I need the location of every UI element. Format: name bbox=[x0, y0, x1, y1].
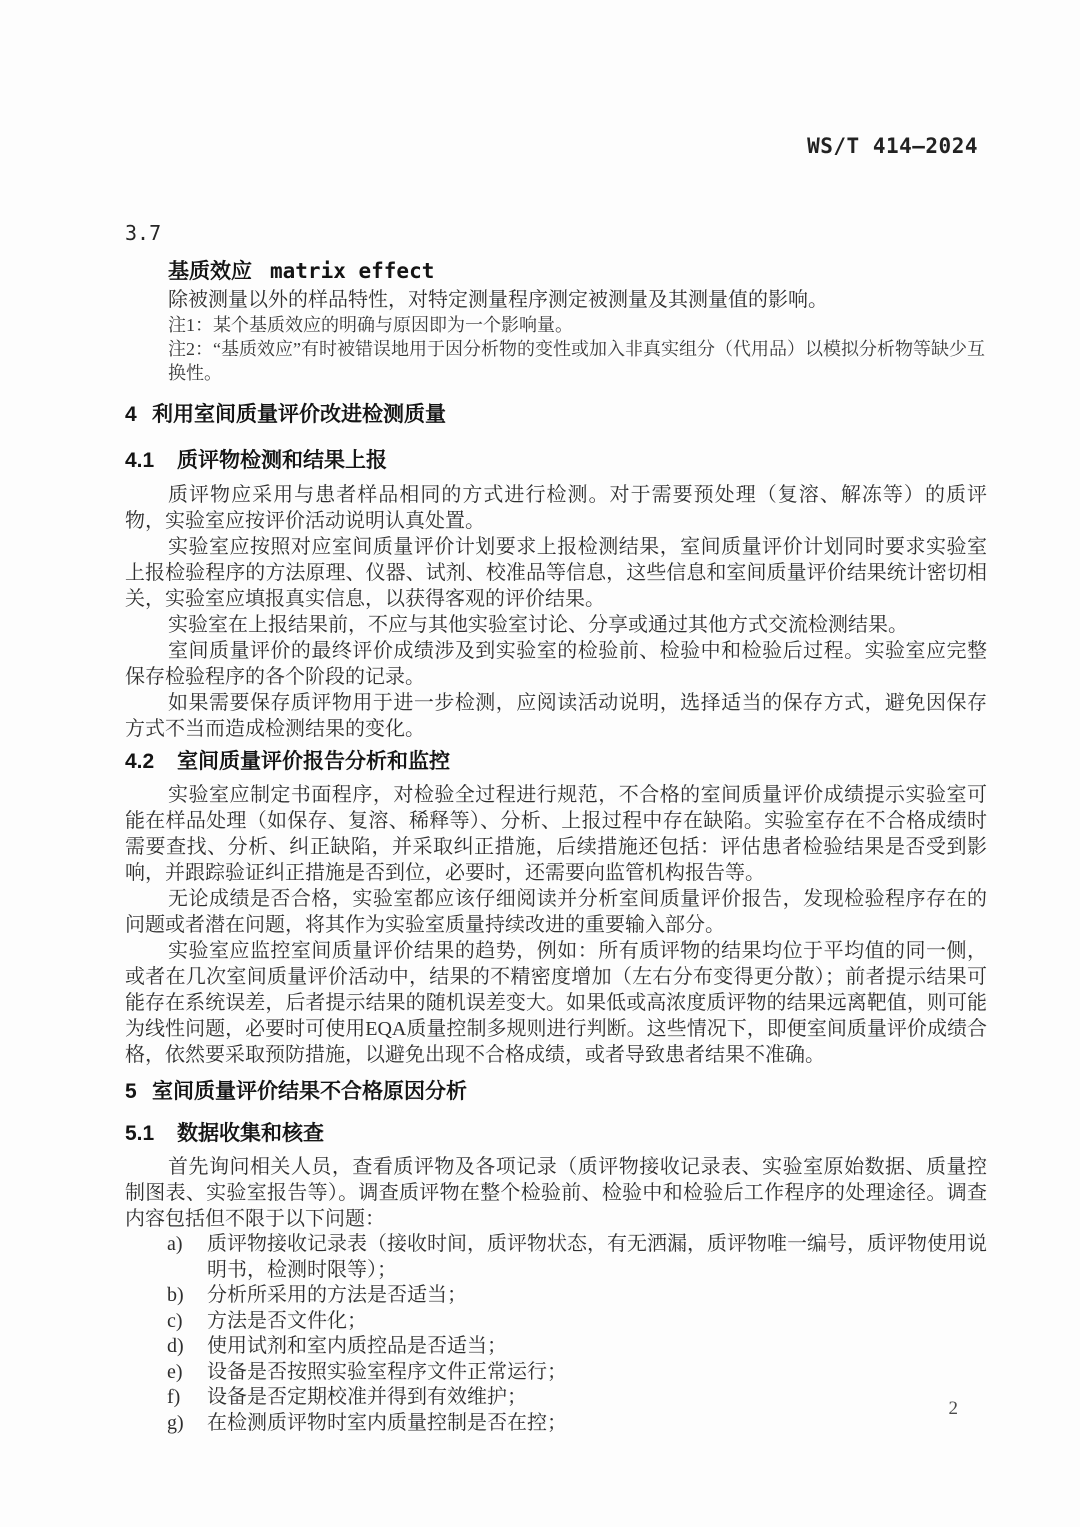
list-item-text: 分析所采用的方法是否适当； bbox=[207, 1284, 467, 1306]
list-item-text: 在检测质评物时室内质量控制是否在控； bbox=[207, 1412, 567, 1434]
section-5-title: 室间质量评价结果不合格原因分析 bbox=[152, 1080, 467, 1103]
list-item: a)质评物接收记录表（接收时间，质评物状态，有无洒漏，质评物唯一编号，质评物使用… bbox=[125, 1232, 987, 1283]
term-title-english: matrix effect bbox=[270, 259, 434, 283]
section-4-1-title: 质评物检测和结果上报 bbox=[177, 449, 387, 472]
paragraph: 实验室应按照对应室间质量评价计划要求上报检测结果，室间质量评价计划同时要求实验室… bbox=[125, 534, 987, 612]
standard-code-header: WS/T 414—2024 bbox=[807, 134, 978, 158]
list-item-label: d) bbox=[167, 1334, 184, 1360]
list-item-text: 设备是否按照实验室程序文件正常运行； bbox=[207, 1361, 567, 1383]
standard-document-page: WS/T 414—2024 3.7 基质效应matrix effect 除被测量… bbox=[0, 0, 1080, 1527]
standard-code: WS/T 414—2024 bbox=[807, 134, 978, 158]
document-content: 3.7 基质效应matrix effect 除被测量以外的样品特性，对特定测量程… bbox=[125, 220, 987, 1436]
list-item-text: 设备是否定期校准并得到有效维护； bbox=[207, 1386, 527, 1408]
section-4-1-number: 4.1 bbox=[125, 447, 177, 475]
list-item-text: 方法是否文件化； bbox=[207, 1310, 367, 1332]
list-item: b)分析所采用的方法是否适当； bbox=[125, 1283, 987, 1309]
list-item: c)方法是否文件化； bbox=[125, 1309, 987, 1335]
list-item-text: 使用试剂和室内质控品是否适当； bbox=[207, 1335, 507, 1357]
list-item-label: f) bbox=[167, 1385, 180, 1411]
term-note-1: 注1：某个基质效应的明确与原因即为一个影响量。 bbox=[125, 313, 987, 337]
term-number: 3.7 bbox=[125, 220, 987, 246]
section-5-number: 5 bbox=[125, 1078, 152, 1106]
section-4-2-heading: 4.2室间质量评价报告分析和监控 bbox=[125, 748, 987, 776]
term-definition: 除被测量以外的样品特性，对特定测量程序测定被测量及其测量值的影响。 bbox=[125, 287, 987, 313]
term-title-chinese: 基质效应 bbox=[168, 260, 252, 283]
section-4-2-number: 4.2 bbox=[125, 748, 177, 776]
paragraph: 实验室应制定书面程序，对检验全过程进行规范，不合格的室间质量评价成绩提示实验室可… bbox=[125, 782, 987, 886]
section-5-1-number: 5.1 bbox=[125, 1120, 177, 1148]
list-item-label: g) bbox=[167, 1411, 184, 1437]
page-number: 2 bbox=[949, 1398, 959, 1420]
list-item-label: c) bbox=[167, 1309, 183, 1335]
list-item-label: e) bbox=[167, 1360, 183, 1386]
section-4-title: 利用室间质量评价改进检测质量 bbox=[152, 403, 446, 426]
paragraph: 如果需要保存质评物用于进一步检测，应阅读活动说明，选择适当的保存方式，避免因保存… bbox=[125, 690, 987, 742]
section-4-2-title: 室间质量评价报告分析和监控 bbox=[177, 750, 450, 773]
list-item: d)使用试剂和室内质控品是否适当； bbox=[125, 1334, 987, 1360]
cause-check-list: a)质评物接收记录表（接收时间，质评物状态，有无洒漏，质评物唯一编号，质评物使用… bbox=[125, 1232, 987, 1436]
term-title: 基质效应matrix effect bbox=[125, 258, 987, 285]
paragraph: 质评物应采用与患者样品相同的方式进行检测。对于需要预处理（复溶、解冻等）的质评物… bbox=[125, 482, 987, 534]
term-note-2: 注2：“基质效应”有时被错误地用于因分析物的变性或加入非真实组分（代用品）以模拟… bbox=[125, 337, 987, 385]
list-item-text: 质评物接收记录表（接收时间，质评物状态，有无洒漏，质评物唯一编号，质评物使用说明… bbox=[207, 1233, 987, 1281]
list-item: f)设备是否定期校准并得到有效维护； bbox=[125, 1385, 987, 1411]
list-item-label: b) bbox=[167, 1283, 184, 1309]
list-item-label: a) bbox=[167, 1232, 183, 1258]
list-item: g)在检测质评物时室内质量控制是否在控； bbox=[125, 1411, 987, 1437]
paragraph: 室间质量评价的最终评价成绩涉及到实验室的检验前、检验中和检验后过程。实验室应完整… bbox=[125, 638, 987, 690]
paragraph: 首先询问相关人员，查看质评物及各项记录（质评物接收记录表、实验室原始数据、质量控… bbox=[125, 1154, 987, 1232]
section-4-heading: 4利用室间质量评价改进检测质量 bbox=[125, 401, 987, 429]
section-4-1-heading: 4.1质评物检测和结果上报 bbox=[125, 447, 987, 475]
paragraph: 无论成绩是否合格，实验室都应该仔细阅读并分析室间质量评价报告，发现检验程序存在的… bbox=[125, 886, 987, 938]
paragraph: 实验室在上报结果前，不应与其他实验室讨论、分享或通过其他方式交流检测结果。 bbox=[125, 612, 987, 638]
section-5-1-title: 数据收集和核查 bbox=[177, 1122, 324, 1145]
section-5-1-heading: 5.1数据收集和核查 bbox=[125, 1120, 987, 1148]
section-5-heading: 5室间质量评价结果不合格原因分析 bbox=[125, 1078, 987, 1106]
section-4-number: 4 bbox=[125, 401, 152, 429]
paragraph: 实验室应监控室间质量评价结果的趋势，例如：所有质评物的结果均位于平均值的同一侧，… bbox=[125, 938, 987, 1068]
list-item: e)设备是否按照实验室程序文件正常运行； bbox=[125, 1360, 987, 1386]
